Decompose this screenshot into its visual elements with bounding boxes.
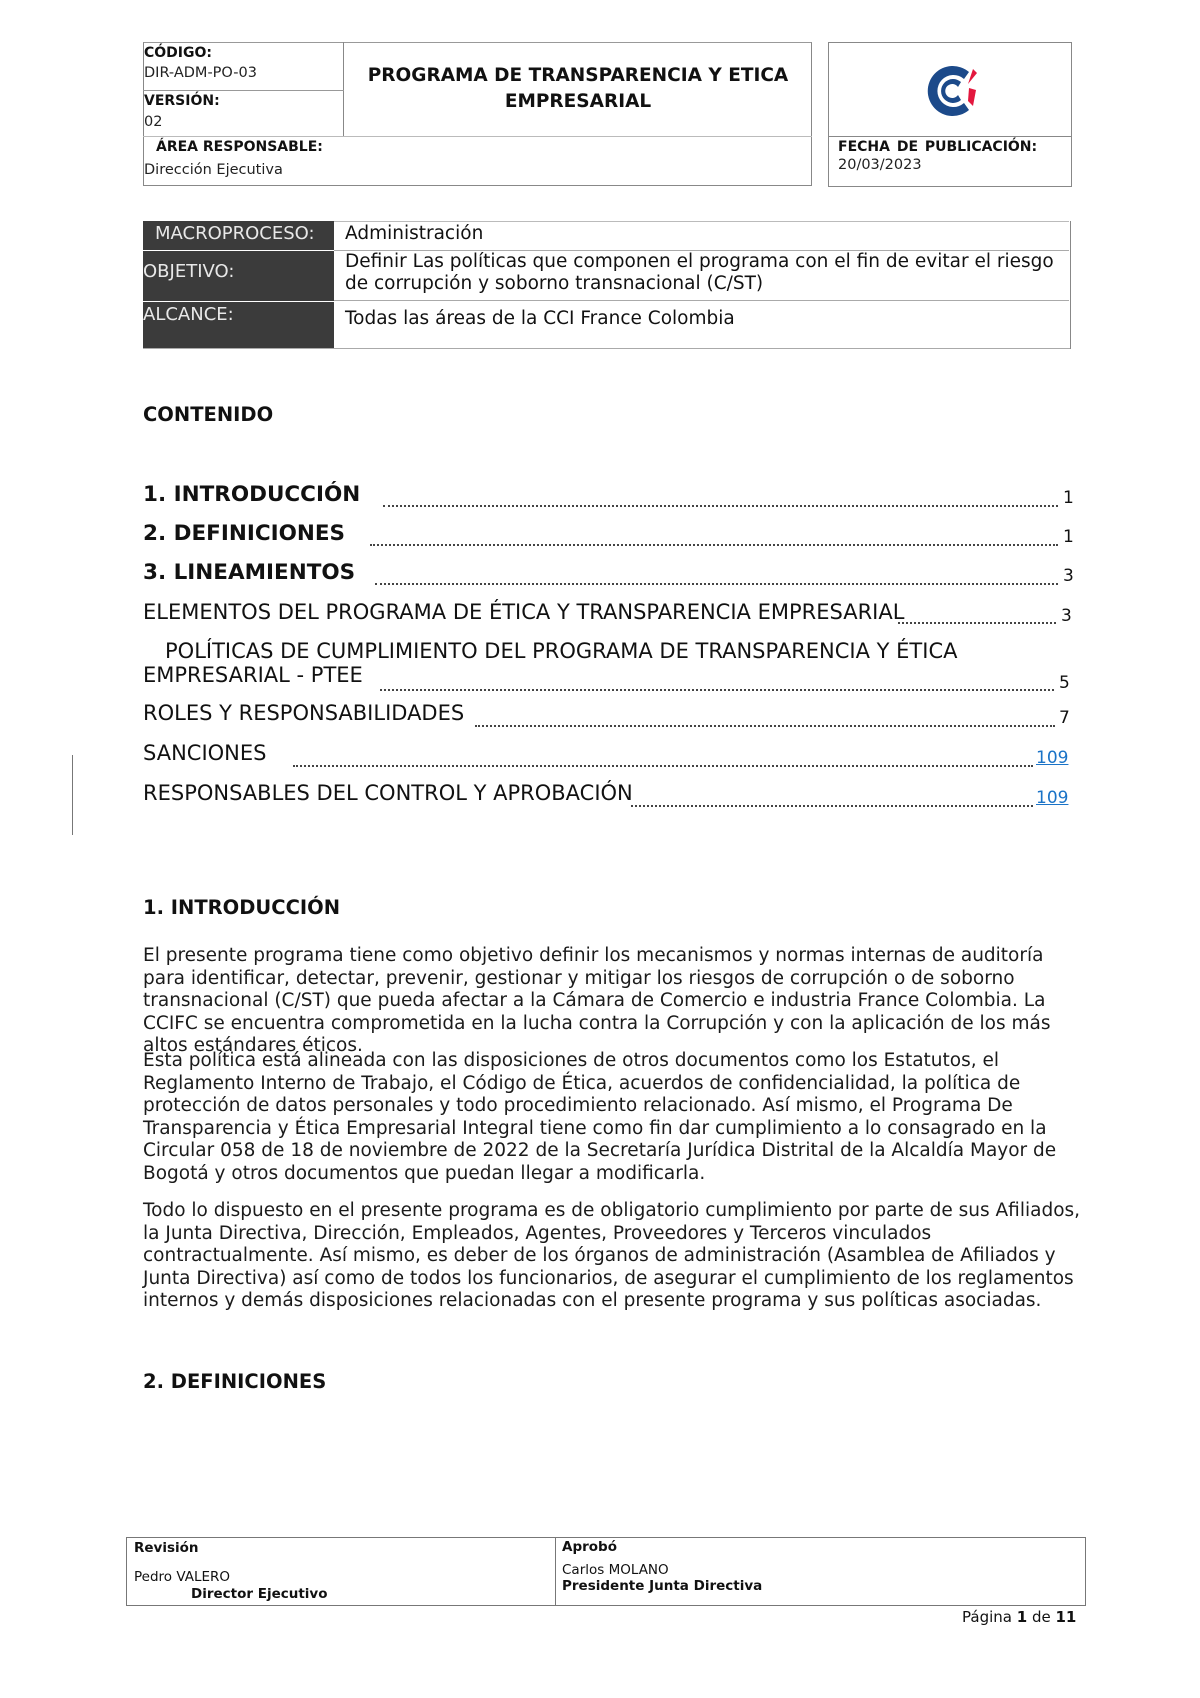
page-current: 1 (1017, 1608, 1027, 1626)
intro-paragraph-2: Esta política está alineada con las disp… (143, 1050, 1088, 1185)
toc-entry-text[interactable]: 2. DEFINICIONES (143, 521, 345, 546)
toc-leader (380, 689, 1054, 691)
info-value-objetivo: Definir Las políticas que componen el pr… (345, 251, 1070, 295)
toc-leader (293, 765, 1033, 767)
toc-entry[interactable]: 1. INTRODUCCIÓN 1 (143, 482, 1073, 507)
toc-entry-text[interactable]: SANCIONES (143, 741, 267, 765)
toc-entry-text[interactable]: 3. LINEAMIENTOS (143, 560, 355, 585)
review-role: Director Ejecutivo (191, 1586, 328, 1602)
area-value: Dirección Ejecutiva (144, 161, 283, 179)
page-prefix: Página (962, 1608, 1012, 1626)
toc-page-number[interactable]: 5 (1059, 673, 1070, 693)
divider (334, 221, 1069, 222)
info-value-alcance: Todas las áreas de la CCI France Colombi… (345, 308, 735, 330)
review-name: Pedro VALERO (134, 1569, 230, 1585)
toc-entry[interactable]: RESPONSABLES DEL CONTROL Y APROBACIÓN 10… (143, 781, 1073, 805)
toc-entry-text[interactable]: 1. INTRODUCCIÓN (143, 482, 360, 507)
toc-page-number[interactable]: 7 (1059, 708, 1070, 728)
info-label-objetivo: OBJETIVO: (143, 251, 334, 301)
approve-name: Carlos MOLANO (562, 1562, 669, 1578)
toc-entry[interactable]: 2. DEFINICIONES 1 (143, 521, 1073, 546)
toc-page-link[interactable]: 109 (1036, 788, 1068, 808)
toc-entry[interactable]: 3. LINEAMIENTOS 3 (143, 560, 1073, 585)
toc-entry-text[interactable]: ROLES Y RESPONSABILIDADES (143, 701, 464, 725)
info-value-macroproceso: Administración (345, 223, 483, 245)
divider (1070, 221, 1071, 349)
toc-leader (898, 622, 1056, 624)
approve-role: Presidente Junta Directiva (562, 1578, 762, 1594)
toc-page-link[interactable]: 109 (1036, 748, 1068, 768)
intro-paragraph-1: El presente programa tiene como objetivo… (143, 945, 1088, 1058)
toc-page-number[interactable]: 1 (1063, 527, 1074, 547)
toc-leader (383, 505, 1058, 507)
review-label: Revisión (134, 1540, 199, 1556)
toc-entry-text[interactable]: EMPRESARIAL - PTEE (143, 663, 363, 687)
toc-page-number[interactable]: 3 (1063, 566, 1074, 586)
definitions-heading: 2. DEFINICIONES (143, 1370, 326, 1393)
toc-leader (475, 725, 1055, 727)
publication-date-label: FECHA DE PUBLICACIÓN: (838, 139, 1037, 156)
divider (828, 136, 1072, 137)
toc-leader (631, 805, 1033, 807)
publication-date-value: 20/03/2023 (838, 156, 922, 174)
toc-entry-text[interactable]: RESPONSABLES DEL CONTROL Y APROBACIÓN (143, 781, 633, 805)
change-bar (72, 755, 73, 835)
version-label: VERSIÓN: (144, 93, 220, 110)
approve-label: Aprobó (562, 1539, 617, 1555)
intro-paragraph-3: Todo lo dispuesto en el presente program… (143, 1200, 1088, 1313)
divider (143, 348, 1070, 349)
toc-page-number[interactable]: 1 (1063, 488, 1074, 508)
divider (143, 90, 344, 91)
document-title: PROGRAMA DE TRANSPARENCIA Y ETICA EMPRES… (345, 63, 811, 115)
code-label: CÓDIGO: (144, 45, 212, 62)
title-line-2: EMPRESARIAL (345, 89, 811, 115)
info-label-macroproceso: MACROPROCESO: (143, 221, 334, 250)
toc-entry[interactable]: SANCIONES 109 (143, 741, 1073, 765)
page-indicator: Página 1 de 11 (962, 1608, 1076, 1626)
divider (555, 1537, 556, 1606)
version-value: 02 (144, 113, 162, 131)
toc-entry[interactable]: ROLES Y RESPONSABILIDADES 7 (143, 701, 1073, 725)
info-label-alcance: ALCANCE: (143, 302, 334, 349)
area-label: ÁREA RESPONSABLE: (156, 139, 323, 156)
page-of: de (1032, 1608, 1051, 1626)
divider (334, 300, 1069, 301)
code-value: DIR-ADM-PO-03 (144, 64, 257, 82)
cci-logo-icon (925, 60, 985, 120)
toc-leader (375, 583, 1058, 585)
toc-page-number[interactable]: 3 (1061, 606, 1072, 626)
page-total: 11 (1055, 1608, 1076, 1626)
intro-heading: 1. INTRODUCCIÓN (143, 896, 340, 919)
toc-entry-text[interactable]: ELEMENTOS DEL PROGRAMA DE ÉTICA Y TRANSP… (143, 600, 904, 624)
title-line-1: PROGRAMA DE TRANSPARENCIA Y ETICA (345, 63, 811, 89)
divider (143, 136, 812, 137)
toc-entry-text-line1[interactable]: POLÍTICAS DE CUMPLIMIENTO DEL PROGRAMA D… (143, 639, 1073, 663)
toc-heading: CONTENIDO (143, 403, 273, 426)
toc-entry[interactable]: ELEMENTOS DEL PROGRAMA DE ÉTICA Y TRANSP… (143, 600, 1073, 624)
toc-leader (370, 544, 1058, 546)
toc-entry[interactable]: POLÍTICAS DE CUMPLIMIENTO DEL PROGRAMA D… (143, 639, 1073, 687)
